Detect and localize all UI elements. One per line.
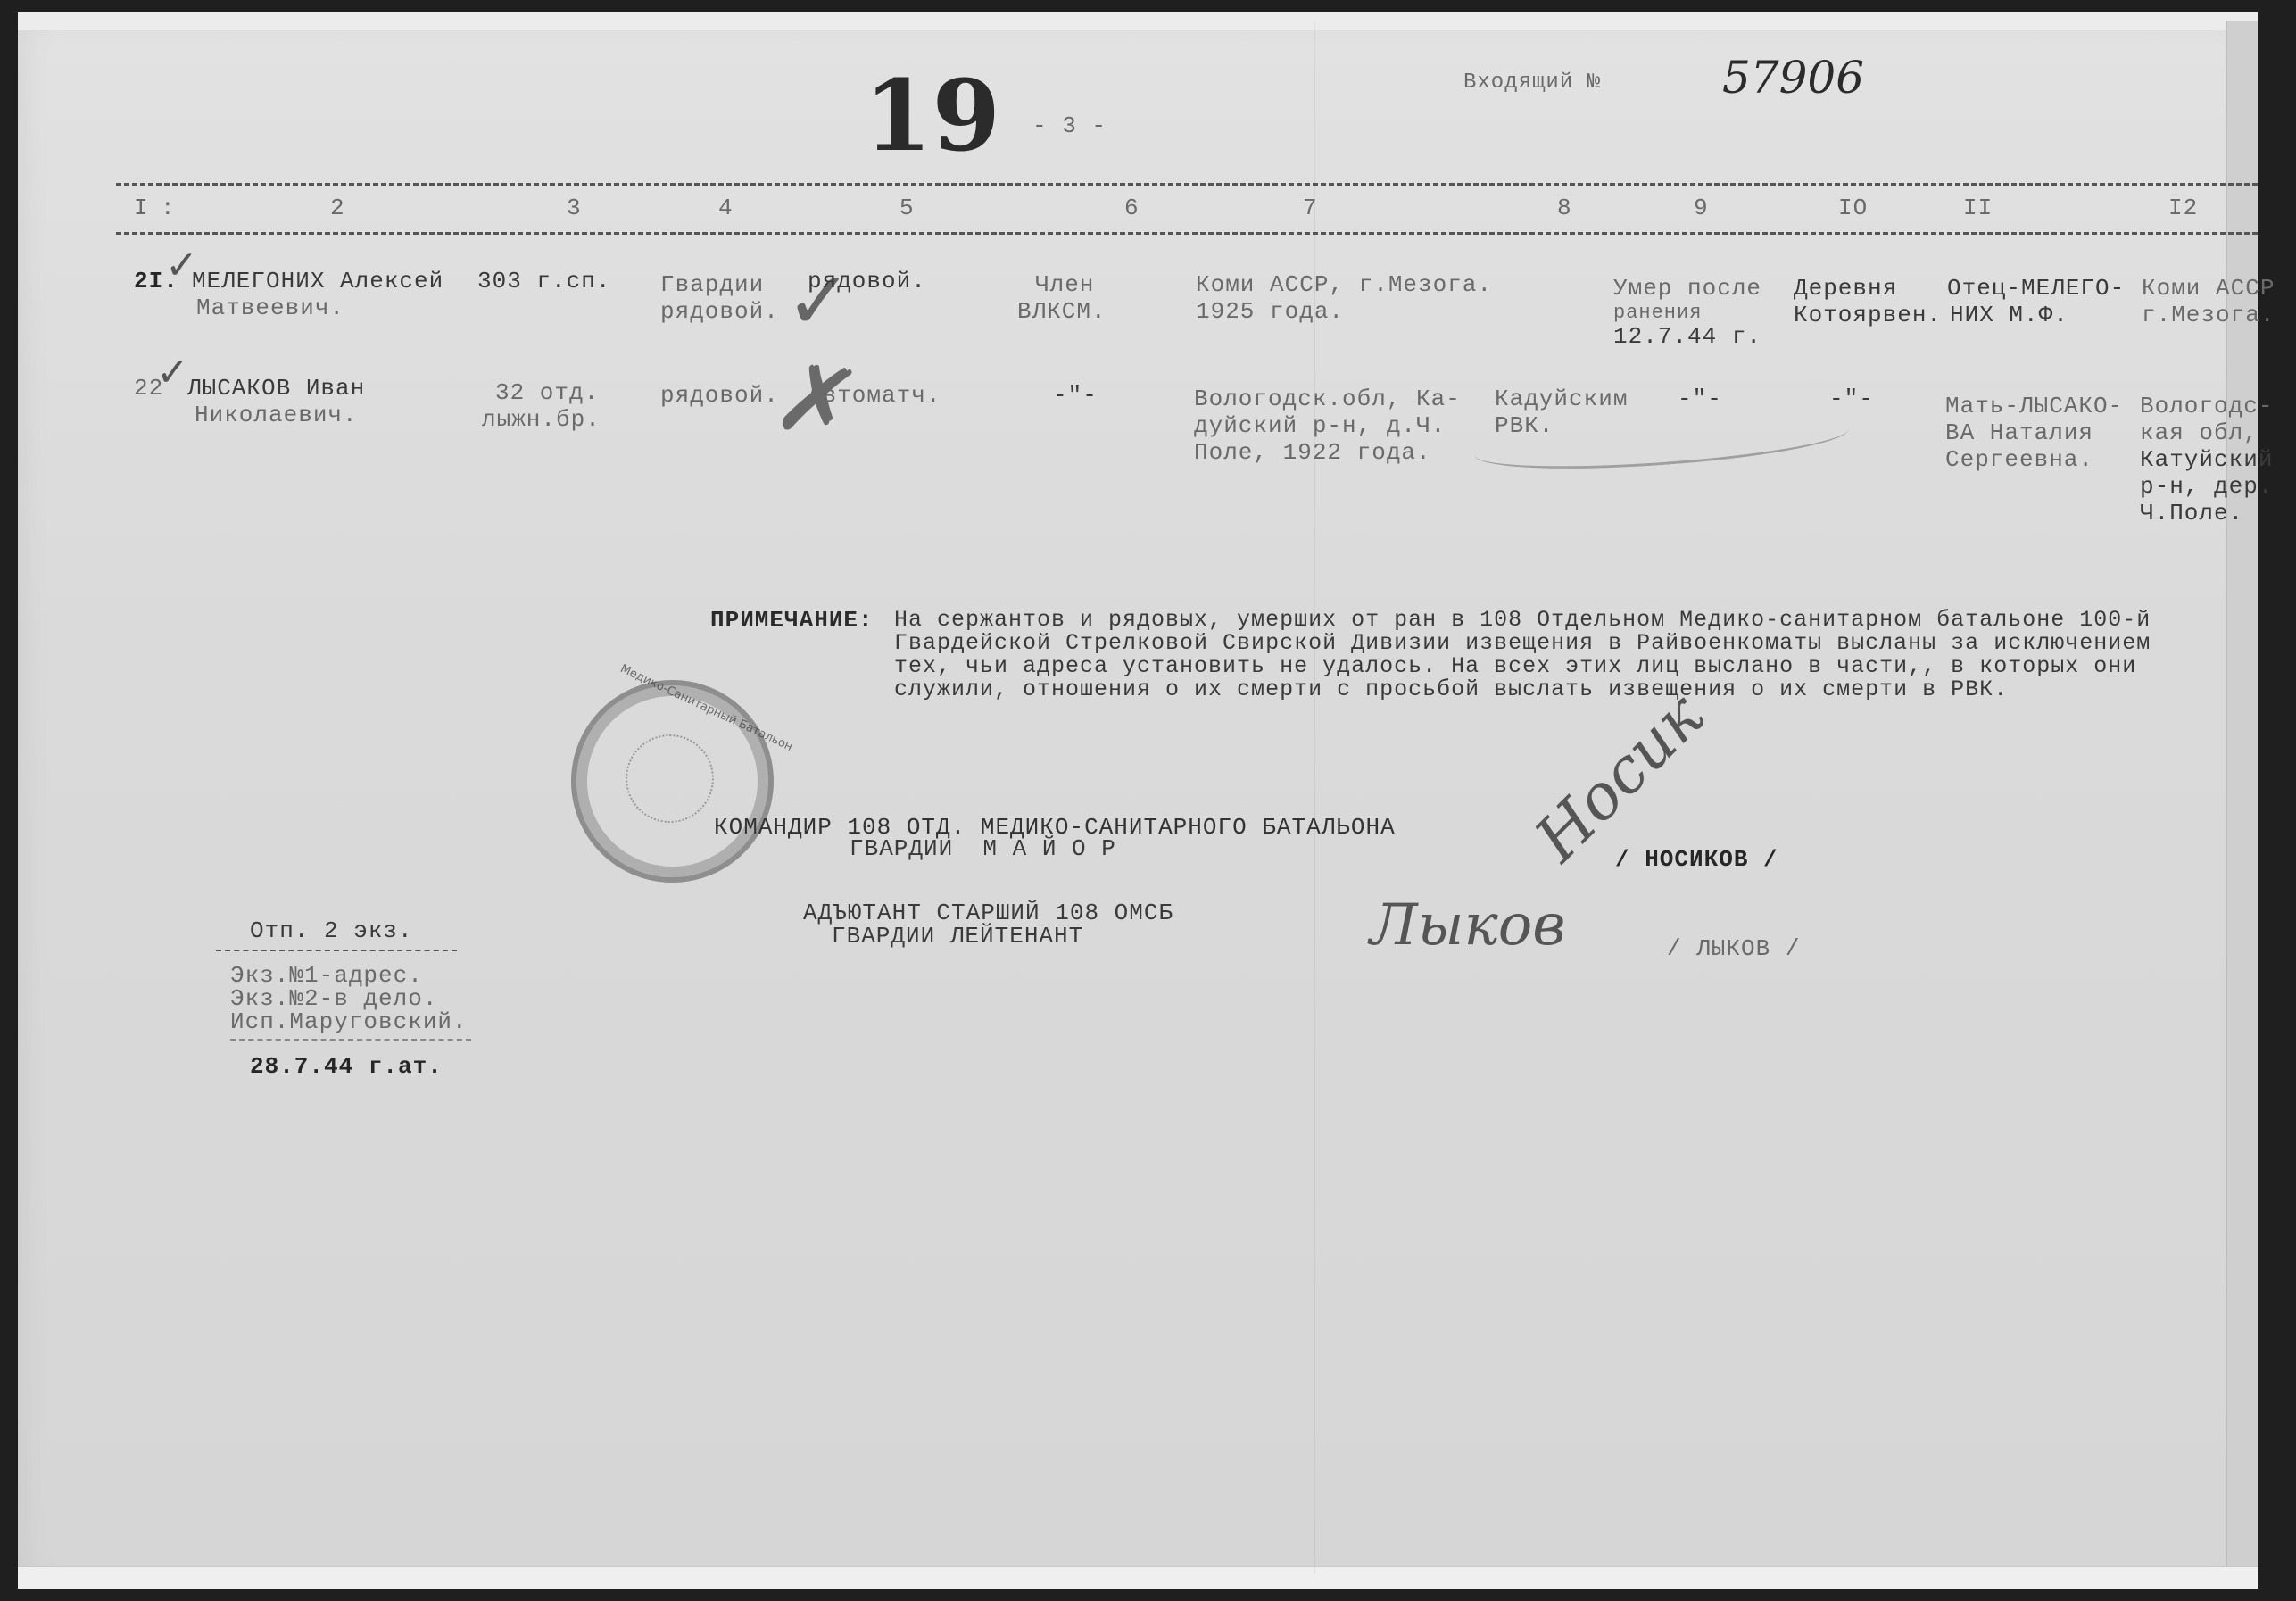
copies-count: Отп. 2 экз. <box>250 917 413 944</box>
address-line1: Коми АССР <box>2142 275 2275 302</box>
col-num-7: 7 <box>1303 195 1318 221</box>
adjutant-handwritten-signature: Лыков <box>1370 892 1566 958</box>
col-num-9: 9 <box>1694 195 1709 221</box>
address-line1: Вологодс- <box>2140 393 2273 419</box>
paper-top-edge <box>18 12 2258 30</box>
note-line4: служили, отношения о их смерти с просьбо… <box>894 676 2008 703</box>
burial: -"- <box>1829 386 1874 412</box>
name-line1: ЛЫСАКОВ Иван <box>187 375 365 402</box>
col-sep: : <box>161 195 176 221</box>
burial-line2: Котоярвен. <box>1794 302 1942 328</box>
address-line2: г.Мезога. <box>2142 302 2275 328</box>
drafted-line1: Кадуйским <box>1495 386 1628 412</box>
cause-line1: Умер после <box>1613 275 1761 302</box>
birth-line1: Вологодск.обл, Ка- <box>1194 386 1461 412</box>
col-num-10: IO <box>1838 195 1868 221</box>
party-line2: ВЛКСМ. <box>1017 298 1107 325</box>
burial-line1: Деревня <box>1794 275 1897 302</box>
col-num-3: 3 <box>567 195 582 221</box>
unit-line1: 32 отд. <box>495 379 599 406</box>
paper-bottom-edge <box>18 1566 2258 1589</box>
relative-line3: Сергеевна. <box>1945 446 2093 473</box>
col-num-5: 5 <box>899 195 915 221</box>
rank-line1: Гвардии <box>660 271 764 298</box>
divider <box>230 1039 471 1049</box>
emblem-icon <box>626 734 714 823</box>
col-num-12: I2 <box>2168 195 2198 221</box>
incoming-number: 57906 <box>1722 52 1864 104</box>
executor: Исп.Маруговский. <box>230 1008 468 1035</box>
name-line1: МЕЛЕГОНИХ Алексей <box>192 268 443 294</box>
fold-line <box>1314 21 1315 1574</box>
page-number: - 3 - <box>1032 112 1107 139</box>
divider <box>216 950 457 960</box>
relative-line2: НИХ М.Ф. <box>1950 302 2068 328</box>
relative-line1: Мать-ЛЫСАКО- <box>1945 393 2123 419</box>
col-num-2: 2 <box>330 195 345 221</box>
checkmark-icon: ✓ <box>156 350 189 395</box>
note-label: ПРИМЕЧАНИЕ: <box>710 607 874 634</box>
address-line2: кая обл, <box>2140 419 2259 446</box>
birth-line2: дуйский р-н, д.Ч. <box>1194 412 1446 439</box>
header-divider-top <box>116 183 2258 195</box>
incoming-stamp-label: Входящий № <box>1463 70 1601 96</box>
address-line4: р-н, дер. <box>2140 473 2273 500</box>
header-divider-bottom <box>116 232 2258 244</box>
relative-line2: ВА Наталия <box>1945 419 2093 446</box>
unit: 303 г.сп. <box>477 268 610 294</box>
col-num-4: 4 <box>718 195 734 221</box>
commander-name: / НОСИКОВ / <box>1615 846 1778 873</box>
address-line5: Ч.Поле. <box>2140 500 2243 527</box>
address-line3: Катуйский <box>2140 446 2273 473</box>
col-num-1: I <box>134 195 149 221</box>
col-num-8: 8 <box>1557 195 1572 221</box>
birth-line3: Поле, 1922 года. <box>1194 439 1431 466</box>
party: -"- <box>1053 382 1098 409</box>
birth-line1: Коми АССР, г.Мезога. <box>1196 271 1492 298</box>
name-line2: Николаевич. <box>195 402 358 428</box>
birth-line2: 1925 года. <box>1196 298 1344 325</box>
name-line2: Матвеевич. <box>196 294 344 321</box>
col-num-11: II <box>1963 195 1993 221</box>
rank-line2: рядовой. <box>660 298 779 325</box>
document-page <box>18 12 2258 1589</box>
folio-number: 19 <box>864 62 1000 170</box>
commander-rank: ГВАРДИИ М А Й О Р <box>850 835 1116 862</box>
col-num-6: 6 <box>1124 195 1140 221</box>
paper-right-edge <box>2226 21 2258 1574</box>
party-line1: Член <box>1035 271 1094 298</box>
cause-line3: 12.7.44 г. <box>1613 323 1761 350</box>
unit-line2: лыжн.бр. <box>482 406 601 433</box>
adjutant-name: / ЛЫКОВ / <box>1667 935 1800 962</box>
cause: -"- <box>1678 386 1722 412</box>
adjutant-rank: ГВАРДИИ ЛЕЙТЕНАНТ <box>832 923 1083 950</box>
relative-line1: Отец-МЕЛЕГО- <box>1947 275 2125 302</box>
document-date: 28.7.44 г.ат. <box>250 1053 443 1080</box>
position: Автоматч. <box>808 382 941 409</box>
rank: рядовой. <box>660 382 779 409</box>
official-seal: Медико-Санитарный Батальон <box>571 680 774 883</box>
position: рядовой. <box>808 268 926 294</box>
